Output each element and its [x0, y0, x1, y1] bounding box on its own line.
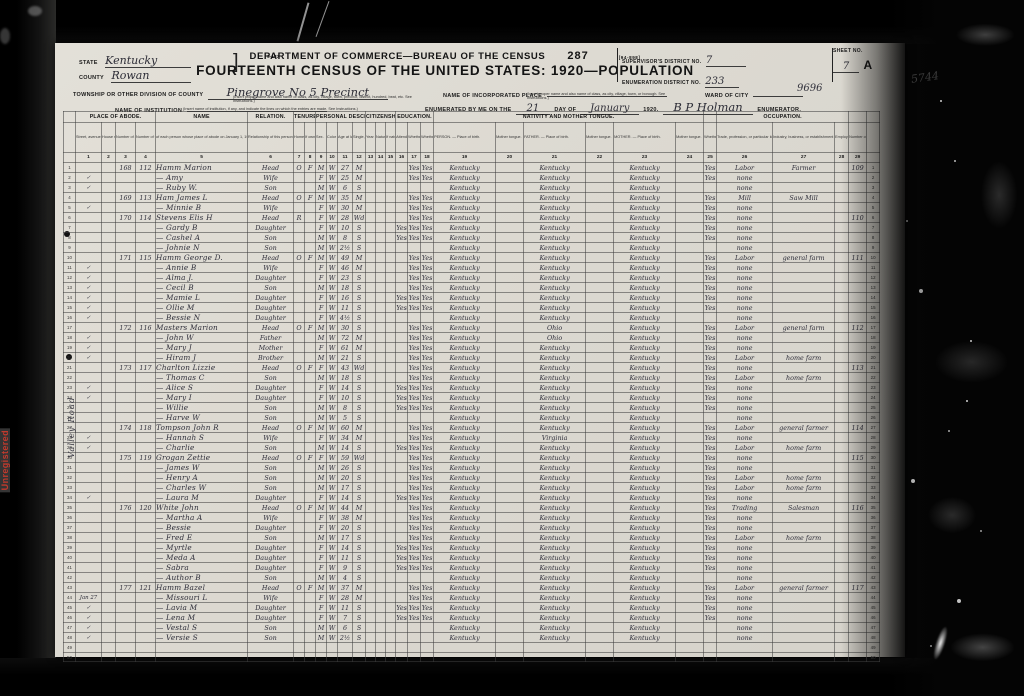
data-cell: 33	[64, 483, 76, 493]
data-cell	[386, 173, 396, 183]
data-cell: Yes	[396, 603, 408, 613]
data-cell	[586, 563, 614, 573]
data-cell: F	[316, 303, 327, 313]
data-cell	[136, 652, 156, 662]
data-cell	[586, 333, 614, 343]
data-cell	[717, 643, 773, 653]
data-cell: 16	[338, 293, 353, 303]
data-cell	[849, 513, 867, 523]
data-cell	[294, 383, 305, 393]
table-row: 28✓— Hannah SWifeFW34MYesYesKentuckyVirg…	[64, 433, 880, 443]
data-cell: Yes	[408, 473, 421, 483]
data-cell: Kentucky	[524, 213, 586, 223]
data-cell: Yes	[421, 223, 434, 233]
data-cell: Kentucky	[614, 253, 676, 263]
data-cell	[835, 413, 849, 423]
data-cell	[102, 203, 116, 213]
data-cell	[366, 213, 376, 223]
data-cell: ✓	[76, 623, 102, 633]
column-description: Mother tongue.	[676, 123, 704, 153]
data-cell: none	[717, 243, 773, 253]
department-text: DEPARTMENT OF COMMERCE—BUREAU OF THE CEN…	[249, 51, 545, 62]
data-cell	[496, 363, 524, 373]
data-cell: Yes	[408, 203, 421, 213]
data-cell	[496, 633, 524, 643]
data-cell: Son	[248, 413, 294, 423]
data-cell	[835, 253, 849, 263]
data-cell	[586, 383, 614, 393]
data-cell	[849, 633, 867, 643]
data-cell	[366, 503, 376, 513]
data-cell: 14	[338, 443, 353, 453]
data-cell: 117	[849, 583, 867, 593]
data-cell	[294, 433, 305, 443]
data-cell	[76, 423, 102, 433]
data-cell	[396, 583, 408, 593]
data-cell: 9	[338, 563, 353, 573]
data-cell: Son	[248, 533, 294, 543]
data-cell: M	[353, 263, 366, 273]
data-cell: Yes	[408, 523, 421, 533]
data-cell	[773, 383, 835, 393]
data-cell	[136, 413, 156, 423]
data-cell	[396, 183, 408, 193]
data-cell: 42	[64, 573, 76, 583]
data-cell: Kentucky	[434, 423, 496, 433]
table-row: 6170114Stevens Elis HHeadRFW28WdYesYesKe…	[64, 213, 880, 223]
data-cell	[496, 273, 524, 283]
data-cell: 41	[867, 563, 880, 573]
data-cell: general farm	[773, 323, 835, 333]
data-cell	[76, 573, 102, 583]
data-cell: M	[353, 193, 366, 203]
name-cell: — Ollie M	[156, 303, 248, 313]
data-cell: ✓	[76, 263, 102, 273]
data-cell: home farm	[773, 373, 835, 383]
data-cell: Yes	[704, 213, 717, 223]
data-cell	[849, 553, 867, 563]
data-cell	[586, 253, 614, 263]
data-cell	[116, 513, 136, 523]
data-cell: 60	[338, 423, 353, 433]
data-cell: Son	[248, 283, 294, 293]
data-cell: Kentucky	[434, 353, 496, 363]
data-cell: Yes	[704, 523, 717, 533]
column-number: 12	[353, 153, 366, 163]
data-cell	[76, 223, 102, 233]
data-cell: W	[327, 333, 338, 343]
data-cell: 168	[116, 163, 136, 173]
data-cell	[102, 313, 116, 323]
data-cell	[366, 383, 376, 393]
data-cell	[327, 643, 338, 653]
data-cell	[408, 623, 421, 633]
data-cell	[116, 393, 136, 403]
data-cell: Yes	[704, 493, 717, 503]
data-cell	[386, 553, 396, 563]
data-cell: 13	[64, 283, 76, 293]
data-cell	[294, 343, 305, 353]
data-cell: 113	[849, 363, 867, 373]
data-cell	[386, 343, 396, 353]
data-cell: Kentucky	[614, 553, 676, 563]
data-cell	[116, 633, 136, 643]
data-cell: O	[294, 583, 305, 593]
data-cell: 32	[64, 473, 76, 483]
name-cell: — Lavia M	[156, 603, 248, 613]
data-cell: 40	[867, 553, 880, 563]
data-cell	[294, 603, 305, 613]
data-cell: 111	[849, 253, 867, 263]
data-cell	[849, 183, 867, 193]
name-cell	[156, 652, 248, 662]
data-cell	[376, 652, 386, 662]
data-cell: 49	[867, 643, 880, 653]
data-cell	[136, 593, 156, 603]
column-number: 28	[835, 153, 849, 163]
data-cell	[586, 523, 614, 533]
table-row: 32— Henry ASonMW20SYesYesKentuckyKentuck…	[64, 473, 880, 483]
data-cell	[376, 433, 386, 443]
data-cell	[376, 273, 386, 283]
name-cell: — Ruby W.	[156, 183, 248, 193]
data-cell: 11	[64, 263, 76, 273]
data-cell	[849, 193, 867, 203]
name-cell: — Bessie	[156, 523, 248, 533]
data-cell	[102, 513, 116, 523]
table-row: 2✓— AmyWifeFW25MYesYesKentuckyKentuckyKe…	[64, 173, 880, 183]
data-cell: 1	[64, 163, 76, 173]
data-cell: F	[316, 553, 327, 563]
data-cell	[835, 393, 849, 403]
data-cell	[586, 652, 614, 662]
data-cell: Mill	[717, 193, 773, 203]
data-cell: Kentucky	[524, 253, 586, 263]
data-cell: R	[294, 213, 305, 223]
data-cell	[366, 403, 376, 413]
data-cell	[496, 223, 524, 233]
data-cell	[849, 263, 867, 273]
data-cell: Yes	[421, 583, 434, 593]
data-cell: none	[717, 333, 773, 343]
column-group-label: OCCUPATION.	[717, 112, 849, 123]
data-cell	[773, 603, 835, 613]
data-cell: Daughter	[248, 273, 294, 283]
data-cell: Kentucky	[434, 163, 496, 173]
data-cell	[76, 543, 102, 553]
data-cell	[366, 393, 376, 403]
data-cell	[676, 343, 704, 353]
data-cell	[305, 553, 316, 563]
data-cell	[614, 643, 676, 653]
name-cell: — Cecil B	[156, 283, 248, 293]
data-cell	[421, 413, 434, 423]
data-cell	[773, 613, 835, 623]
column-number: 26	[717, 153, 773, 163]
data-cell	[676, 543, 704, 553]
data-cell: Kentucky	[614, 463, 676, 473]
data-cell: none	[717, 203, 773, 213]
data-cell: none	[717, 513, 773, 523]
data-cell	[586, 203, 614, 213]
data-cell: W	[327, 233, 338, 243]
data-cell: W	[327, 383, 338, 393]
name-cell: — Mary I	[156, 393, 248, 403]
data-cell	[366, 173, 376, 183]
data-cell	[496, 343, 524, 353]
data-cell: Yes	[704, 433, 717, 443]
data-cell: 15	[867, 303, 880, 313]
data-cell: 14	[338, 383, 353, 393]
data-cell: O	[294, 193, 305, 203]
table-body: 1168112Hamm MarionHeadOFMW27MYesYesKentu…	[64, 163, 880, 662]
data-cell: M	[353, 433, 366, 443]
data-cell	[76, 483, 102, 493]
data-cell: F	[316, 603, 327, 613]
data-cell: Labor	[717, 473, 773, 483]
data-cell	[421, 652, 434, 662]
data-cell	[136, 183, 156, 193]
data-cell	[835, 373, 849, 383]
data-cell	[496, 373, 524, 383]
data-cell: Yes	[704, 463, 717, 473]
data-cell: Kentucky	[524, 523, 586, 533]
column-description: Naturalized or alien.	[376, 123, 386, 153]
data-cell: Yes	[421, 363, 434, 373]
data-cell: 115	[136, 253, 156, 263]
data-cell: Kentucky	[524, 353, 586, 363]
data-cell	[386, 433, 396, 443]
data-cell: 31	[64, 463, 76, 473]
data-cell: 114	[136, 213, 156, 223]
data-cell	[376, 633, 386, 643]
data-cell	[116, 173, 136, 183]
data-cell	[366, 433, 376, 443]
data-cell	[586, 233, 614, 243]
data-cell: Head	[248, 253, 294, 263]
data-cell: ✓	[76, 173, 102, 183]
data-cell: Kentucky	[524, 293, 586, 303]
data-cell	[386, 573, 396, 583]
data-cell	[76, 563, 102, 573]
data-cell	[835, 433, 849, 443]
data-cell	[496, 183, 524, 193]
data-cell	[136, 563, 156, 573]
data-cell	[835, 333, 849, 343]
data-cell: Daughter	[248, 553, 294, 563]
data-cell: Kentucky	[524, 613, 586, 623]
data-cell	[116, 223, 136, 233]
data-cell: Kentucky	[434, 323, 496, 333]
data-cell	[116, 493, 136, 503]
data-cell: W	[327, 343, 338, 353]
data-cell	[366, 263, 376, 273]
data-cell: Yes	[421, 403, 434, 413]
data-cell: Yes	[704, 323, 717, 333]
data-cell: Kentucky	[614, 563, 676, 573]
data-cell: 118	[136, 423, 156, 433]
data-cell: Labor	[717, 443, 773, 453]
scan-smudge	[0, 28, 10, 44]
data-cell	[496, 203, 524, 213]
data-cell	[376, 313, 386, 323]
column-description: If naturalized, year of naturalization.	[386, 123, 396, 153]
data-cell: Son	[248, 403, 294, 413]
data-cell: Yes	[704, 203, 717, 213]
data-cell	[305, 573, 316, 583]
data-cell: F	[316, 393, 327, 403]
data-cell	[386, 453, 396, 463]
data-cell	[586, 473, 614, 483]
data-cell	[835, 293, 849, 303]
data-cell: M	[316, 573, 327, 583]
data-cell	[386, 303, 396, 313]
column-number: 24	[676, 153, 704, 163]
column-group-label: CITIZENSHIP.	[366, 112, 396, 123]
data-cell	[366, 193, 376, 203]
data-cell: F	[316, 453, 327, 463]
data-cell: Yes	[408, 263, 421, 273]
data-cell	[496, 253, 524, 263]
data-cell	[496, 383, 524, 393]
data-cell: Yes	[408, 563, 421, 573]
data-cell	[773, 283, 835, 293]
data-cell	[102, 443, 116, 453]
data-cell: Kentucky	[434, 263, 496, 273]
data-cell	[773, 623, 835, 633]
data-cell	[496, 163, 524, 173]
data-cell: none	[717, 393, 773, 403]
data-cell: Kentucky	[434, 303, 496, 313]
scan-border-top	[0, 0, 1024, 44]
data-cell	[116, 473, 136, 483]
data-cell	[102, 533, 116, 543]
data-cell: Yes	[408, 343, 421, 353]
data-cell: 37	[867, 523, 880, 533]
data-cell	[386, 473, 396, 483]
data-cell: Daughter	[248, 313, 294, 323]
data-cell: Head	[248, 503, 294, 513]
data-cell	[102, 333, 116, 343]
data-cell: Kentucky	[524, 473, 586, 483]
data-cell	[305, 403, 316, 413]
data-cell	[136, 603, 156, 613]
data-cell	[704, 643, 717, 653]
data-cell: Yes	[704, 553, 717, 563]
data-cell	[835, 403, 849, 413]
data-cell: none	[717, 453, 773, 463]
data-cell	[773, 633, 835, 643]
data-cell: Yes	[704, 613, 717, 623]
data-cell	[773, 513, 835, 523]
data-cell: Daughter	[248, 543, 294, 553]
data-cell	[849, 623, 867, 633]
name-cell: Ham James L	[156, 193, 248, 203]
data-cell: Kentucky	[524, 413, 586, 423]
data-cell: Yes	[421, 333, 434, 343]
data-cell: Yes	[421, 273, 434, 283]
data-cell	[396, 413, 408, 423]
name-cell: — James W	[156, 463, 248, 473]
data-cell	[773, 643, 835, 653]
data-cell	[676, 603, 704, 613]
data-cell	[76, 503, 102, 513]
data-cell: Daughter	[248, 393, 294, 403]
data-cell	[366, 553, 376, 563]
table-row: 12✓— Alma J.DaughterFW23SYesYesKentuckyK…	[64, 273, 880, 283]
data-cell: S	[353, 613, 366, 623]
column-number: 29	[849, 153, 867, 163]
data-cell	[386, 313, 396, 323]
data-cell: 11	[338, 553, 353, 563]
data-cell	[396, 363, 408, 373]
data-cell	[116, 383, 136, 393]
data-cell	[835, 483, 849, 493]
data-cell	[366, 523, 376, 533]
table-row: 31— James WSonMW26SYesYesKentuckyKentuck…	[64, 463, 880, 473]
data-cell: none	[717, 563, 773, 573]
data-cell: Yes	[408, 453, 421, 463]
data-cell: Yes	[704, 583, 717, 593]
data-cell	[316, 643, 327, 653]
data-cell	[496, 303, 524, 313]
data-cell: Yes	[421, 543, 434, 553]
data-cell	[496, 313, 524, 323]
data-cell	[102, 593, 116, 603]
data-cell: general farmer	[773, 583, 835, 593]
data-cell	[376, 523, 386, 533]
data-cell	[376, 173, 386, 183]
data-cell: Yes	[421, 323, 434, 333]
data-cell: ✓	[76, 493, 102, 503]
data-cell	[496, 533, 524, 543]
data-cell	[76, 463, 102, 473]
data-cell: Yes	[704, 223, 717, 233]
data-cell	[849, 203, 867, 213]
column-description: Number of family in order of visitation.	[136, 123, 156, 153]
data-cell: 15	[64, 303, 76, 313]
data-cell	[835, 583, 849, 593]
column-description: of each person whose place of abode on J…	[156, 123, 248, 153]
data-cell: W	[327, 433, 338, 443]
column-description: MOTHER. — Place of birth.	[614, 123, 676, 153]
data-cell: 110	[849, 213, 867, 223]
data-cell	[849, 173, 867, 183]
data-cell: Kentucky	[614, 393, 676, 403]
table-row: 34✓— Laura MDaughterFW14SYesYesYesKentuc…	[64, 493, 880, 503]
data-cell: Kentucky	[434, 433, 496, 443]
data-cell: Kentucky	[614, 243, 676, 253]
data-cell	[386, 563, 396, 573]
name-cell: — Vestal S	[156, 623, 248, 633]
data-cell	[366, 323, 376, 333]
data-cell	[376, 503, 386, 513]
name-cell: White John	[156, 503, 248, 513]
data-cell	[305, 213, 316, 223]
data-cell: F	[305, 583, 316, 593]
data-cell: M	[316, 243, 327, 253]
data-cell	[676, 493, 704, 503]
data-cell: 171	[116, 253, 136, 263]
data-cell: S	[353, 443, 366, 453]
data-cell: F	[316, 543, 327, 553]
data-cell	[396, 473, 408, 483]
table-row: 33— Charles WSonMW17SYesYesKentuckyKentu…	[64, 483, 880, 493]
data-cell	[76, 323, 102, 333]
data-cell: 6	[338, 623, 353, 633]
name-cell: — Cashel A	[156, 233, 248, 243]
data-cell: O	[294, 253, 305, 263]
